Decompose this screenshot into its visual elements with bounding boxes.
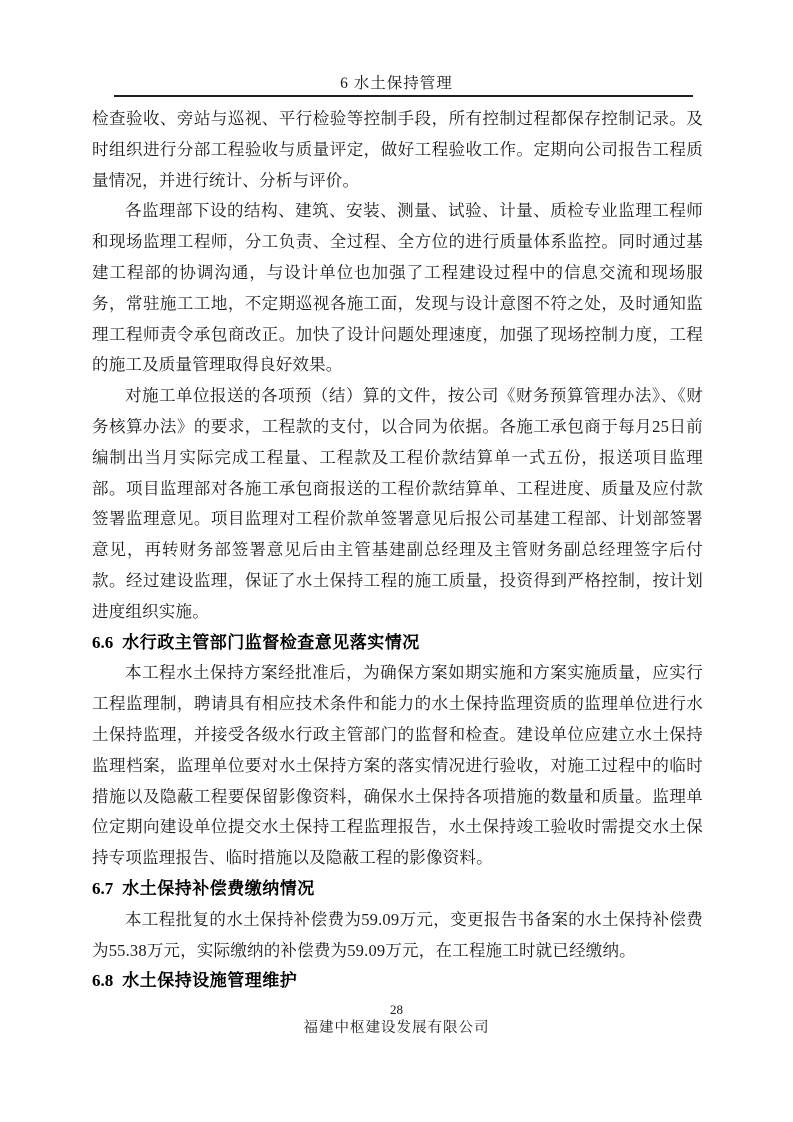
body-paragraph-payment-procedure: 对施工单位报送的各项预（结）算的文件，按公司《财务预算管理办法》、《财务核算办法… — [92, 381, 703, 627]
page-header-chapter-title: 6 水土保持管理 — [0, 74, 793, 94]
section-number-6-8: 6.8 — [92, 971, 113, 990]
section-6-6-paragraph: 本工程水土保持方案经批准后，为确保方案如期实施和方案实施质量，应实行工程监理制，… — [92, 658, 703, 874]
section-title-6-8: 水土保持设施管理维护 — [122, 971, 297, 990]
section-number-6-7: 6.7 — [92, 879, 113, 898]
section-6-7-paragraph: 本工程批复的水土保持补偿费为59.09万元，变更报告书备案的水土保持补偿费为55… — [92, 905, 703, 967]
page-footer: 28 福建中枢建设发展有限公司 — [0, 1001, 793, 1038]
page-number: 28 — [0, 1001, 793, 1018]
section-heading-6-8: 6.8水土保持设施管理维护 — [92, 966, 703, 997]
section-number-6-6: 6.6 — [92, 633, 113, 652]
section-title-6-6: 水行政主管部门监督检查意见落实情况 — [122, 633, 420, 652]
document-body: 检查验收、旁站与巡视、平行检验等控制手段，所有控制过程都保存控制记录。及时组织进… — [92, 104, 703, 997]
section-heading-6-6: 6.6水行政主管部门监督检查意见落实情况 — [92, 628, 703, 659]
document-page: 6 水土保持管理 检查验收、旁站与巡视、平行检验等控制手段，所有控制过程都保存控… — [0, 0, 793, 1122]
header-rule — [114, 95, 693, 97]
section-title-6-7: 水土保持补偿费缴纳情况 — [122, 879, 315, 898]
body-paragraph-supervision-engineers: 各监理部下设的结构、建筑、安装、测量、试验、计量、质检专业监理工程师和现场监理工… — [92, 196, 703, 381]
section-heading-6-7: 6.7水土保持补偿费缴纳情况 — [92, 874, 703, 905]
footer-company-name: 福建中枢建设发展有限公司 — [0, 1018, 793, 1038]
body-paragraph-continuation: 检查验收、旁站与巡视、平行检验等控制手段，所有控制过程都保存控制记录。及时组织进… — [92, 104, 703, 196]
